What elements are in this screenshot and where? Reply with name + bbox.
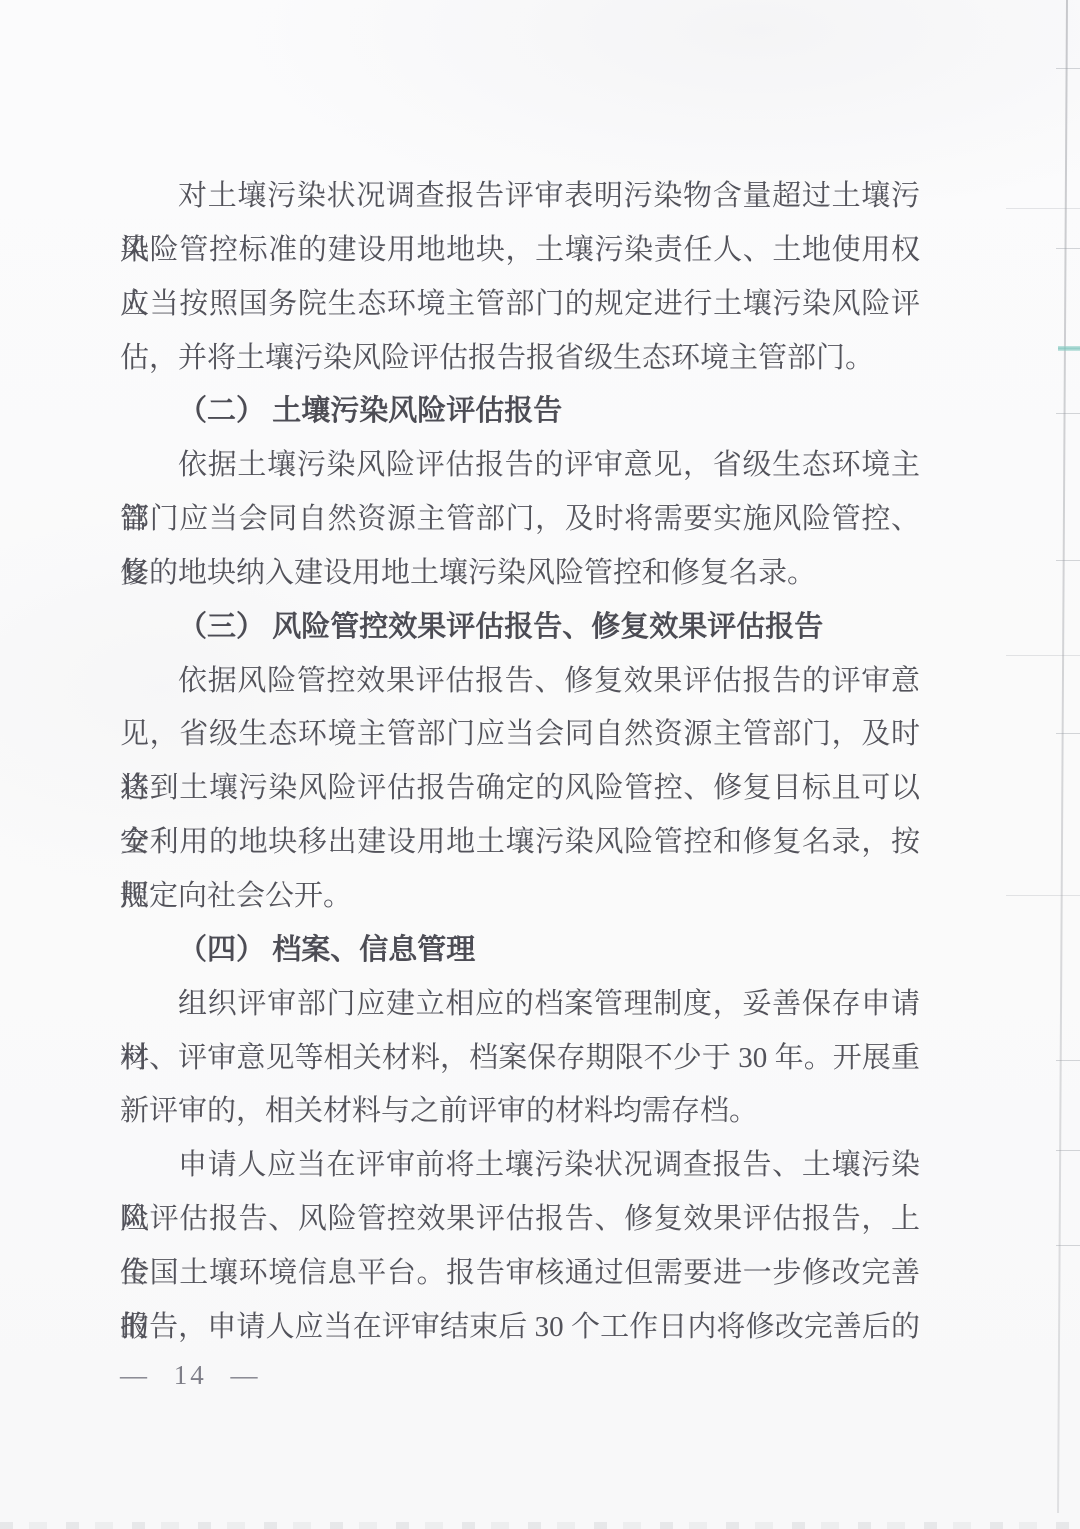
- body-line: 应当按照国务院生态环境主管部门的规定进行土壤污染风险评: [120, 278, 920, 332]
- scan-ruled-line-artifact: [1056, 1060, 1080, 1061]
- scan-ruled-line-artifact: [1056, 413, 1080, 414]
- body-line: 风险管控标准的建设用地地块，土壤污染责任人、土地使用权人: [120, 224, 920, 278]
- scanned-document-page: 对土壤污染状况调查报告评审表明污染物含量超过土壤污染 风险管控标准的建设用地地块…: [0, 0, 1080, 1529]
- scan-page-edge-line: [1057, 0, 1068, 1513]
- scan-ruled-line-artifact: [1006, 655, 1080, 656]
- body-line: 估，并将土壤污染风险评估报告报省级生态环境主管部门。: [120, 332, 920, 386]
- section-heading: （四） 档案、信息管理: [120, 924, 920, 978]
- document-text-block: 对土壤污染状况调查报告评审表明污染物含量超过土壤污染 风险管控标准的建设用地地块…: [120, 170, 920, 1355]
- scan-ruled-line-artifact: [1056, 68, 1080, 69]
- body-line: 新评审的，相关材料与之前评审的材料均需存档。: [120, 1085, 920, 1139]
- body-line: 全国土壤环境信息平台。报告审核通过但需要进一步修改完善的: [120, 1247, 920, 1301]
- scan-ruled-line-artifact: [1056, 1150, 1080, 1151]
- scan-ruled-line-artifact: [1056, 248, 1080, 249]
- body-line: 部门应当会同自然资源主管部门，及时将需要实施风险管控、修: [120, 493, 920, 547]
- body-line: 组织评审部门应建立相应的档案管理制度，妥善保存申请材: [120, 978, 920, 1032]
- scan-ruled-line-artifact: [1056, 733, 1080, 734]
- page-number: — 14 —: [120, 1360, 261, 1390]
- body-line: 全利用的地块移出建设用地土壤污染风险管控和修复名录，按照: [120, 816, 920, 870]
- body-line: 复的地块纳入建设用地土壤污染风险管控和修复名录。: [120, 547, 920, 601]
- body-line: 报告，申请人应当在评审结束后 30 个工作日内将修改完善后的: [120, 1301, 920, 1355]
- body-line: 对土壤污染状况调查报告评审表明污染物含量超过土壤污染: [120, 170, 920, 224]
- body-line: 申请人应当在评审前将土壤污染状况调查报告、土壤污染风: [120, 1139, 920, 1193]
- scan-ruled-line-artifact: [1006, 208, 1080, 209]
- section-heading: （三） 风险管控效果评估报告、修复效果评估报告: [120, 601, 920, 655]
- body-line: 见，省级生态环境主管部门应当会同自然资源主管部门，及时将: [120, 708, 920, 762]
- body-line: 依据土壤污染风险评估报告的评审意见，省级生态环境主管: [120, 439, 920, 493]
- body-line: 料、评审意见等相关材料，档案保存期限不少于 30 年。开展重: [120, 1032, 920, 1086]
- scan-bottom-edge-noise: [0, 1522, 1080, 1529]
- scan-ruled-line-artifact: [1056, 1245, 1080, 1246]
- body-line: 依据风险管控效果评估报告、修复效果评估报告的评审意: [120, 655, 920, 709]
- body-line: 规定向社会公开。: [120, 870, 920, 924]
- scan-ruled-line-artifact: [1006, 895, 1080, 896]
- scan-teal-mark: [1058, 346, 1080, 351]
- scan-ruled-line-artifact: [1056, 560, 1080, 561]
- section-heading: （二） 土壤污染风险评估报告: [120, 385, 920, 439]
- body-line: 险评估报告、风险管控效果评估报告、修复效果评估报告，上传: [120, 1193, 920, 1247]
- body-line: 达到土壤污染风险评估报告确定的风险管控、修复目标且可以安: [120, 762, 920, 816]
